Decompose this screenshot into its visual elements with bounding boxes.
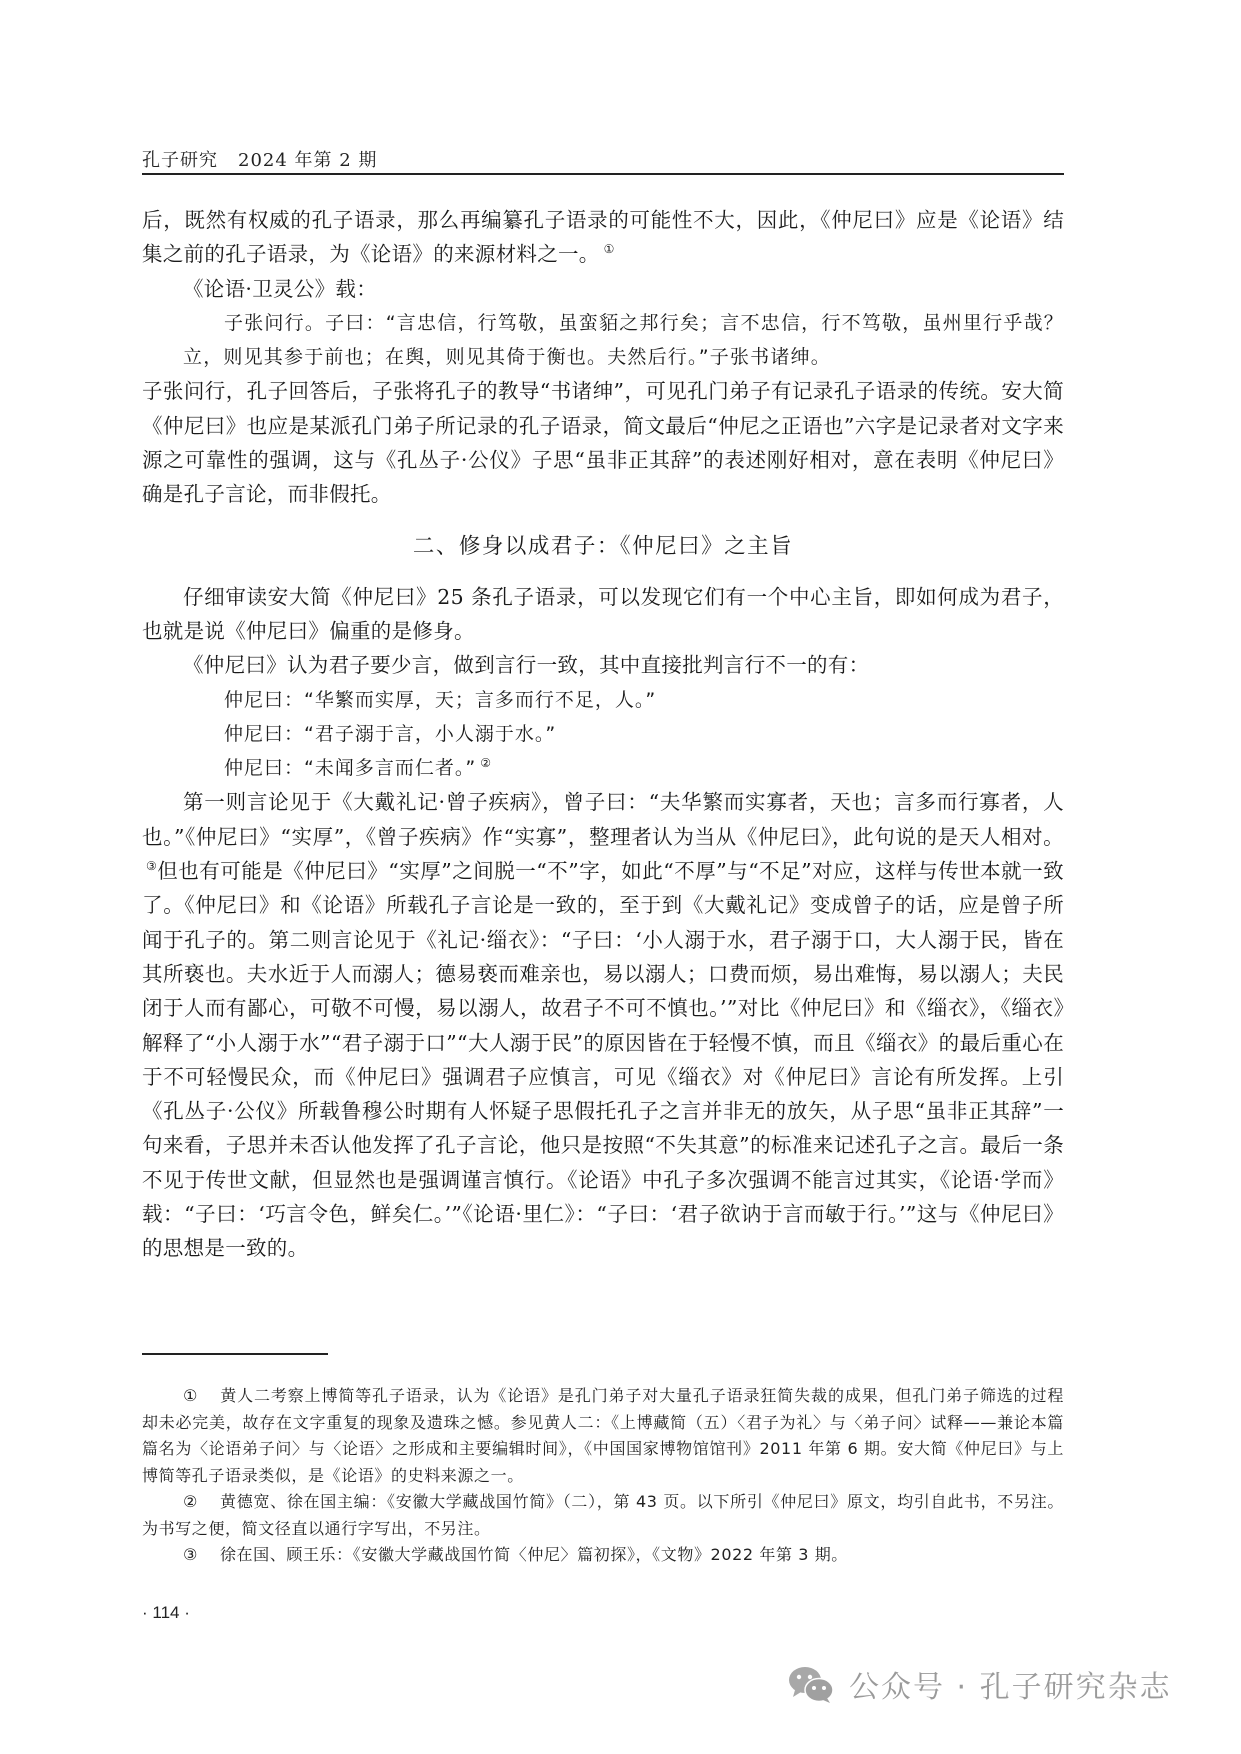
footnote-mark: ① [183,1386,198,1405]
page-number: · 114 · [142,1603,190,1623]
quote-text: 仲尼曰：“未闻多言而仁者。” [224,757,476,779]
document-page: 孔子研究2024 年第 2 期 后，既然有权威的孔子语录，那么再编纂孔子语录的可… [0,0,1241,1754]
header-rule [142,173,1064,175]
paragraph-4: 仔细审读安大简《仲尼曰》25 条孔子语录，可以发现它们有一个中心主旨，即如何成为… [142,580,1064,649]
watermark-text: 公众号 · 孔子研究杂志 [849,1662,1172,1706]
paragraph-5: 《仲尼曰》认为君子要少言，做到言行一致，其中直接批判言行不一的有： [142,648,1064,682]
footnote-3: ③徐在国、顾王乐：《安徽大学藏战国竹简〈仲尼〉篇初探》，《文物》2022 年第 … [142,1542,1064,1569]
paragraph-2: 《论语·卫灵公》载： [142,272,1064,306]
footnote-1: ①黄人二考察上博简等孔子语录，认为《论语》是孔门弟子对大量孔子语录狂简失裁的成果… [142,1383,1064,1489]
footnote-ref-3[interactable]: ③ [146,859,157,873]
footnote-ref-2[interactable]: ② [480,756,492,770]
footnote-text: 黄人二考察上博简等孔子语录，认为《论语》是孔门弟子对大量孔子语录狂简失裁的成果，… [142,1386,1064,1485]
paragraph-6: 第一则言论见于《大戴礼记·曾子疾病》，曾子曰：“夫华繁而实寡者，天也；言多而行寡… [142,785,1064,1265]
paragraph-1: 后，既然有权威的孔子语录，那么再编纂孔子语录的可能性不大，因此，《仲尼曰》应是《… [142,203,1064,272]
footnote-mark: ③ [183,1545,198,1564]
running-head: 孔子研究2024 年第 2 期 [142,146,377,172]
watermark: 公众号 · 孔子研究杂志 [787,1662,1172,1706]
quote-line-1: 仲尼曰：“华繁而实厚，天；言多而行不足，人。” [142,683,1064,717]
footnotes: ①黄人二考察上博简等孔子语录，认为《论语》是孔门弟子对大量孔子语录狂简失裁的成果… [142,1383,1064,1569]
footnote-ref-1[interactable]: ① [604,242,615,256]
footnote-text: 徐在国、顾王乐：《安徽大学藏战国竹简〈仲尼〉篇初探》，《文物》2022 年第 3… [220,1545,848,1564]
issue-label: 2024 年第 2 期 [238,150,377,171]
paragraph-text: 第一则言论见于《大戴礼记·曾子疾病》，曾子曰：“夫华繁而实寡者，天也；言多而行寡… [142,790,1064,848]
paragraph-text: 但也有可能是《仲尼曰》“实厚”之间脱一“不”字，如此“不厚”与“不足”对应，这样… [142,859,1064,1260]
wechat-icon [787,1664,835,1704]
footnote-mark: ② [183,1492,198,1511]
journal-name: 孔子研究 [142,150,218,171]
quote-line-2: 仲尼曰：“君子溺于言，小人溺于水。” [142,717,1064,751]
section-heading: 二、修身以成君子：《仲尼曰》之主旨 [142,530,1064,564]
paragraph-3: 子张问行，孔子回答后，子张将孔子的教导“书诸绅”，可见孔门弟子有记录孔子语录的传… [142,374,1064,511]
block-quote: 子张问行。子曰：“言忠信，行笃敬，虽蛮貊之邦行矣；言不忠信，行不笃敬，虽州里行乎… [142,306,1064,375]
footnote-text: 黄德宽、徐在国主编：《安徽大学藏战国竹简》（二），第 43 页。以下所引《仲尼曰… [142,1492,1064,1538]
article-body: 后，既然有权威的孔子语录，那么再编纂孔子语录的可能性不大，因此，《仲尼曰》应是《… [142,203,1064,1266]
paragraph-text: 后，既然有权威的孔子语录，那么再编纂孔子语录的可能性不大，因此，《仲尼曰》应是《… [142,208,1064,266]
quote-line-3: 仲尼曰：“未闻多言而仁者。”② [142,751,1064,785]
footnote-2: ②黄德宽、徐在国主编：《安徽大学藏战国竹简》（二），第 43 页。以下所引《仲尼… [142,1489,1064,1542]
footnote-rule [142,1353,328,1355]
